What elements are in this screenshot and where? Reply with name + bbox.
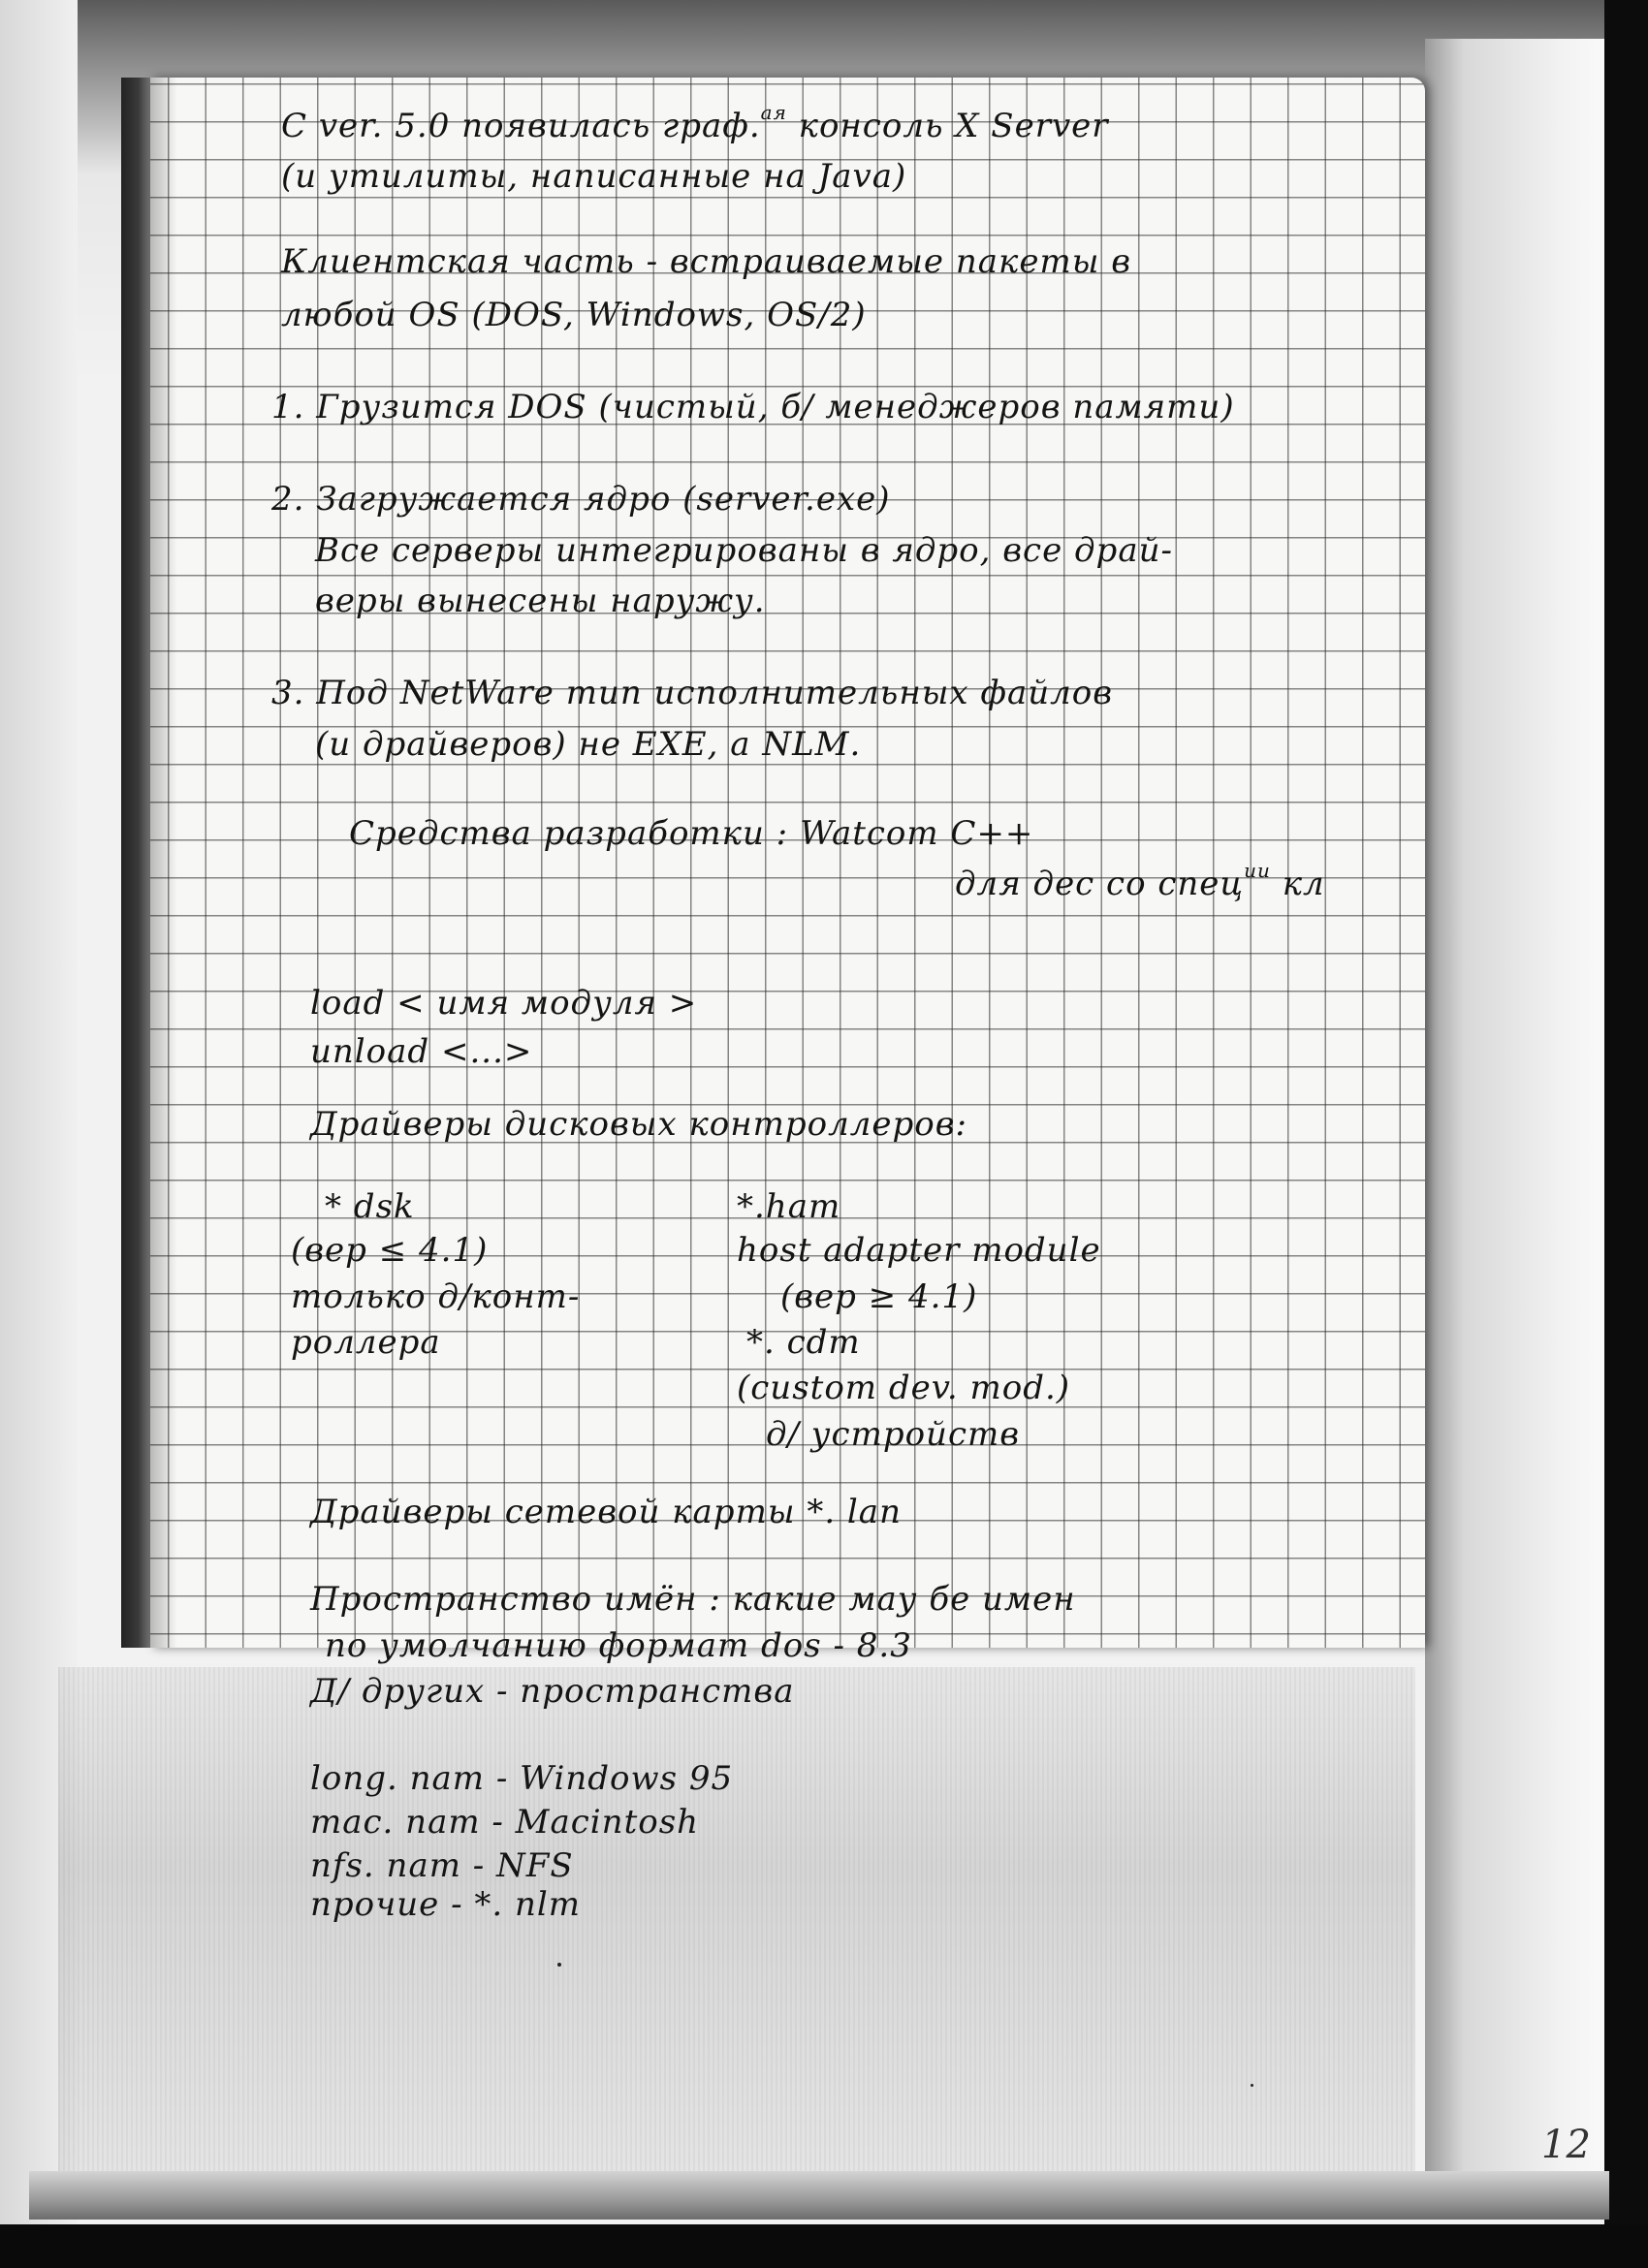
scan-bottom-border xyxy=(0,2224,1648,2268)
scan-lower-blank-area xyxy=(58,1667,1415,2171)
note-line-4: любой OS (DOS, Windows, OS/2) xyxy=(281,296,867,334)
note-line-10: (и драйверов) не EXE, а NLM. xyxy=(315,725,861,764)
note-superscript: ии xyxy=(1244,859,1271,882)
note-line-18: по умолчанию формат dos - 8.3 xyxy=(325,1626,912,1665)
left-col-4: роллера xyxy=(291,1323,441,1362)
note-line-7: Все серверы интегрированы в ядро, все др… xyxy=(315,531,1173,570)
right-col-6: д/ устройств xyxy=(766,1415,1020,1454)
note-line-13: load < имя модуля > xyxy=(310,984,697,1023)
left-col-2: (вер ≤ 4.1) xyxy=(291,1231,488,1270)
note-text: для дес со спец xyxy=(955,865,1244,903)
note-line-22: nfs. nam - NFS xyxy=(310,1846,574,1885)
note-line-3: Клиентская часть - встраиваемые пакеты в xyxy=(281,242,1131,281)
left-col-3: только д/конт- xyxy=(291,1277,580,1316)
note-line-5: 1. Грузится DOS (чистый, б/ менеджеров п… xyxy=(271,388,1235,426)
note-line-6: 2. Загружается ядро (server.exe) xyxy=(271,480,891,519)
scan-right-shadow xyxy=(1425,39,1609,2200)
right-col-3: (вер ≥ 4.1) xyxy=(780,1277,977,1316)
note-line-8: веры вынесены наружу. xyxy=(315,582,766,620)
right-col-1: *.ham xyxy=(737,1187,840,1226)
scan-speck xyxy=(557,1963,561,1967)
note-line-1: С ver. 5.0 появилась граф.ая консоль X S… xyxy=(281,107,1109,145)
note-line-19: Д/ других - пространства xyxy=(310,1672,795,1711)
note-line-15: Драйверы дисковых контроллеров: xyxy=(310,1105,967,1144)
scan-right-border xyxy=(1604,0,1648,2268)
note-line-20: long. nam - Windows 95 xyxy=(310,1759,733,1798)
note-line-14: unload <...> xyxy=(310,1032,532,1071)
note-text: кл xyxy=(1283,865,1325,903)
right-col-5: (custom dev. mod.) xyxy=(737,1369,1070,1407)
note-line-12: для дес со специи кл xyxy=(955,865,1325,903)
note-line-23: прочие - *. nlm xyxy=(310,1885,581,1924)
note-line-9: 3. Под NetWare тип исполнительных файлов xyxy=(271,674,1113,712)
left-col-1: * dsk xyxy=(325,1187,415,1226)
right-col-2: host adapter module xyxy=(737,1231,1101,1270)
note-line-17: Пространство имён : какие мау бе имен xyxy=(310,1580,1076,1619)
note-line-16: Драйверы сетевой карты *. lan xyxy=(310,1493,902,1531)
note-line-11: Средства разработки : Watcom C++ xyxy=(349,814,1033,853)
right-col-4: *. cdm xyxy=(746,1323,861,1362)
scan-bottom-shadow xyxy=(29,2171,1609,2220)
notebook-page-binding-shadow xyxy=(150,78,177,1648)
note-line-21: mac. nam - Macintosh xyxy=(310,1803,699,1842)
note-text: С ver. 5.0 появилась граф. xyxy=(281,107,761,145)
note-superscript: ая xyxy=(761,101,787,124)
notebook-cover-edge xyxy=(121,78,150,1648)
note-line-2: (и утилиты, написанные на Java) xyxy=(281,157,906,196)
note-text: консоль X Server xyxy=(799,107,1109,145)
page-number: 12 xyxy=(1541,2123,1591,2167)
scan-speck xyxy=(1251,2084,1253,2087)
